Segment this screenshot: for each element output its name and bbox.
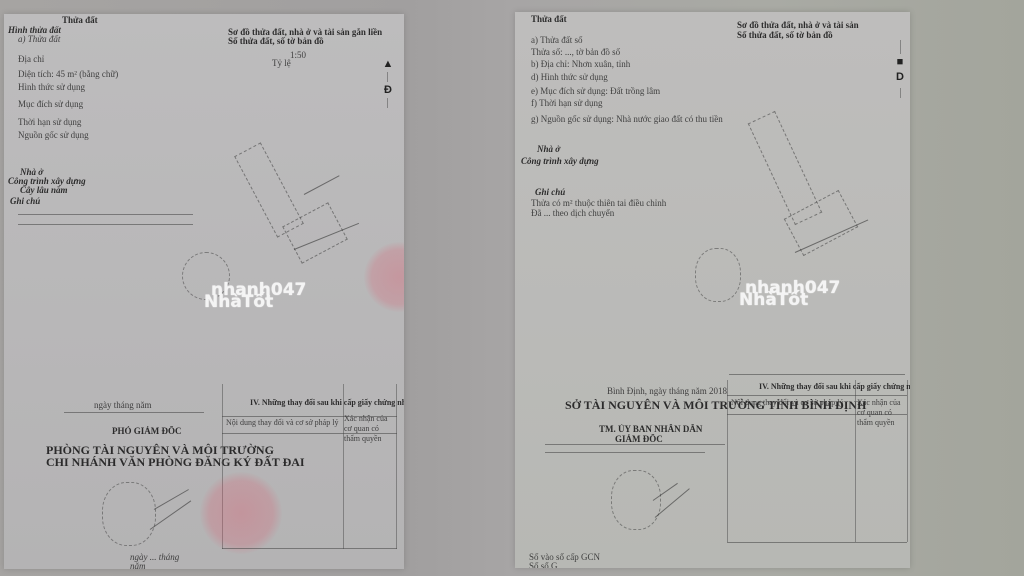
header-line: b) Địa chỉ: Nhơn xuân, tỉnh — [531, 59, 630, 69]
north-arrow-icon: ■ — [894, 56, 906, 68]
table-col-header: Nội dung thay đổi và cơ sở pháp lý — [226, 418, 338, 428]
table-col-header: Xác nhận của cơ quan có thẩm quyền — [857, 398, 907, 428]
diagram-subtitle: Số thửa đất, số tờ bản đồ — [228, 36, 324, 46]
table-header: IV. Những thay đổi sau khi cấp giấy chứn… — [250, 398, 404, 408]
scale-value: 1:50 — [290, 50, 306, 60]
red-seal — [200, 472, 282, 554]
table-col-header: Nội dung thay đổi và cơ sở pháp lý — [731, 398, 843, 408]
header-line: e) Mục đích sử dụng: Đất trồng lâm — [531, 86, 660, 96]
red-seal — [364, 242, 404, 312]
header-line: Mục đích sử dụng — [18, 99, 83, 109]
header-line: a) Thửa đất — [18, 34, 60, 44]
header-line: a) Thửa đất số — [531, 35, 582, 45]
note-line: Nhà ở — [537, 144, 560, 154]
note-line: Cây lâu năm — [20, 185, 68, 195]
sign-org: PHÓ GIÁM ĐỐC — [112, 426, 182, 436]
note-line: Thửa có m² thuộc thiên tai điều chỉnh — [531, 198, 666, 208]
watermark-text: NhàTốt — [204, 292, 273, 312]
header-line: f) Thời hạn sử dụng — [531, 98, 602, 108]
header-line: Diện tích: 45 m² (bằng chữ) — [18, 69, 118, 79]
table-col-header: Xác nhận của cơ quan có thẩm quyền — [344, 414, 396, 444]
header-line: d) Hình thức sử dụng — [531, 72, 608, 82]
header-line: Thời hạn sử dụng — [18, 117, 81, 127]
header-line: g) Nguồn gốc sử dụng: Nhà nước giao đất … — [531, 114, 723, 124]
sign-date: Bình Định, ngày tháng năm 2018 — [607, 386, 727, 396]
footer-line: Số sổ G — [529, 561, 558, 568]
header-line: Thửa đất — [531, 14, 567, 24]
document-page-right: Thửa đất a) Thửa đất số Thửa số: ..., tờ… — [515, 12, 910, 568]
signer-line: năm — [130, 561, 146, 569]
scale-label: Tỷ lệ — [272, 58, 291, 68]
header-line: Địa chỉ — [18, 54, 44, 64]
note-line: Đã ... theo dịch chuyển — [531, 208, 614, 218]
document-page-left: Thửa đất Hình thửa đất a) Thửa đất Địa c… — [4, 14, 404, 569]
diagram-title: Sơ đồ thửa đất, nhà ở và tài sản — [737, 20, 859, 30]
header-line: Nguồn gốc sử dụng — [18, 130, 89, 140]
diagram-subtitle: Số thửa đất, số tờ bản đồ — [737, 30, 833, 40]
sign-org: CHI NHÁNH VĂN PHÒNG ĐĂNG KÝ ĐẤT ĐAI — [46, 456, 305, 469]
header-line: Hình thức sử dụng — [18, 82, 85, 92]
table-header: IV. Những thay đổi sau khi cấp giấy chứn… — [759, 382, 910, 392]
official-stamp — [695, 248, 741, 302]
note-line: Công trình xây dựng — [521, 156, 599, 166]
note-line: Ghi chú — [10, 196, 40, 206]
north-label: Đ — [382, 84, 394, 96]
header-line: Thửa số: ..., tờ bản đồ số — [531, 47, 620, 57]
header-line: Thửa đất — [62, 15, 98, 25]
north-label: D — [894, 71, 906, 83]
sign-date: ngày tháng năm — [94, 400, 152, 410]
sign-org: TM. ỦY BAN NHÂN DÂN — [599, 424, 702, 434]
north-arrow-icon: ▲ — [382, 58, 394, 70]
note-line: Ghi chú — [535, 187, 565, 197]
sign-title: GIÁM ĐỐC — [615, 434, 663, 444]
official-stamp — [102, 482, 156, 546]
watermark-text: NhàTốt — [739, 290, 808, 310]
